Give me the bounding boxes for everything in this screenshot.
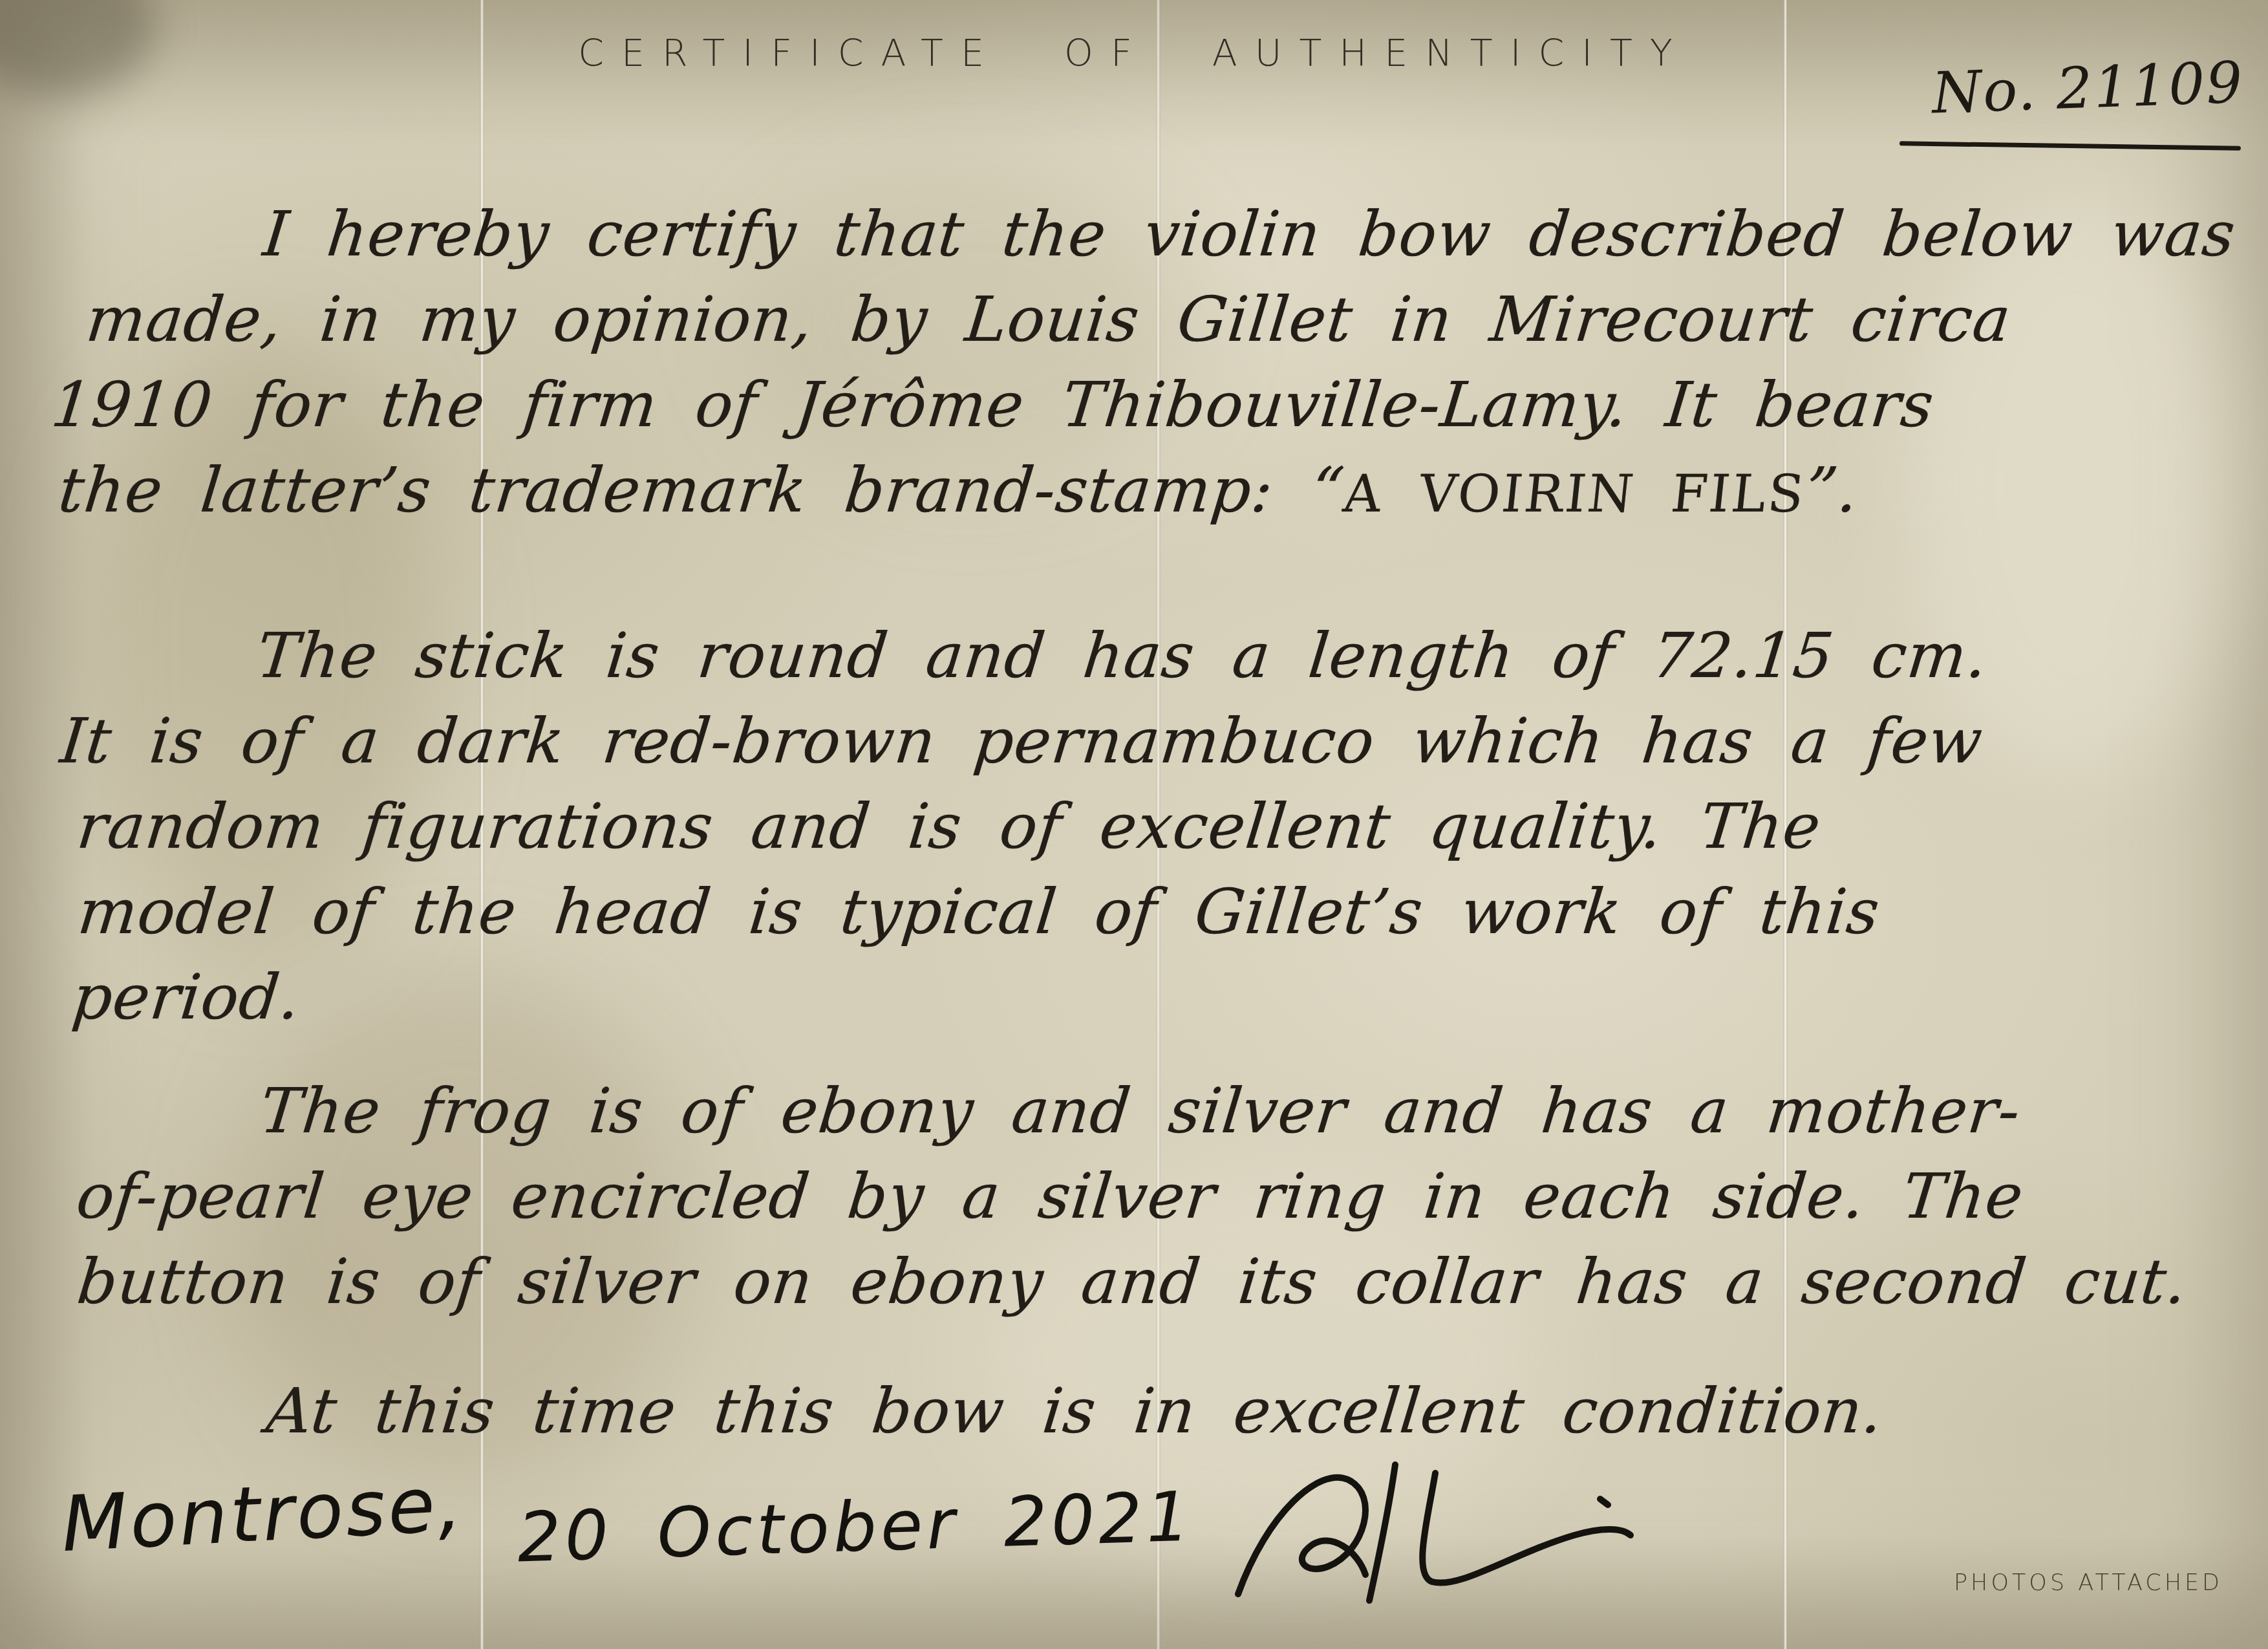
certificate-number: No. 21109 [1931, 49, 2245, 127]
certificate-line: At this time this bow is in excellent co… [65, 1368, 1887, 1454]
certificate-line: It is of a dark red-brown pernambuco whi… [56, 698, 1987, 784]
certificate-line: period. [30, 954, 1960, 1040]
paragraph-stick: The stick is round and has a length of 7… [30, 613, 1996, 1040]
line-text: ”. [1802, 454, 1862, 526]
paragraph-condition: At this time this bow is in excellent co… [65, 1368, 1887, 1454]
photos-attached-note: PHOTOS ATTACHED [1954, 1570, 2223, 1596]
certificate-line: random figurations and is of excellent q… [47, 784, 1978, 869]
paragraph-frog: The frog is of ebony and silver and has … [47, 1068, 2209, 1324]
place-handwritten: Montrose, [59, 1459, 467, 1569]
certificate-line: The frog is of ebony and silver and has … [65, 1068, 2209, 1154]
date-handwritten: 20 October 2021 [516, 1477, 1195, 1578]
brand-stamp-text: A VOIRIN FILS [1340, 464, 1808, 524]
certificate-line: the latter’s trademark brand-stamp: “A V… [38, 447, 2213, 537]
paragraph-attribution: I hereby certify that the violin bow des… [38, 191, 2240, 537]
certificate-number-underline [1899, 141, 2241, 150]
signature [1222, 1455, 1674, 1617]
certificate-title: CERTIFICATE OF AUTHENTICITY [0, 32, 2268, 75]
certificate-line: 1910 for the firm of Jérôme Thibouville-… [47, 362, 2221, 447]
certificate-line: I hereby certify that the violin bow des… [65, 191, 2240, 277]
certificate-line: of-pearl eye encircled by a silver ring … [56, 1154, 2200, 1239]
certificate-line: The stick is round and has a length of 7… [65, 613, 1996, 698]
certificate-line: model of the head is typical of Gillet’s… [39, 869, 1969, 954]
certificate-line: made, in my opinion, by Louis Gillet in … [56, 277, 2231, 362]
certificate-page: CERTIFICATE OF AUTHENTICITY No. 21109 I … [0, 0, 2268, 1649]
line-text: the latter’s trademark brand-stamp: “ [56, 454, 1348, 526]
certificate-line: button is of silver on ebony and its col… [47, 1239, 2191, 1324]
